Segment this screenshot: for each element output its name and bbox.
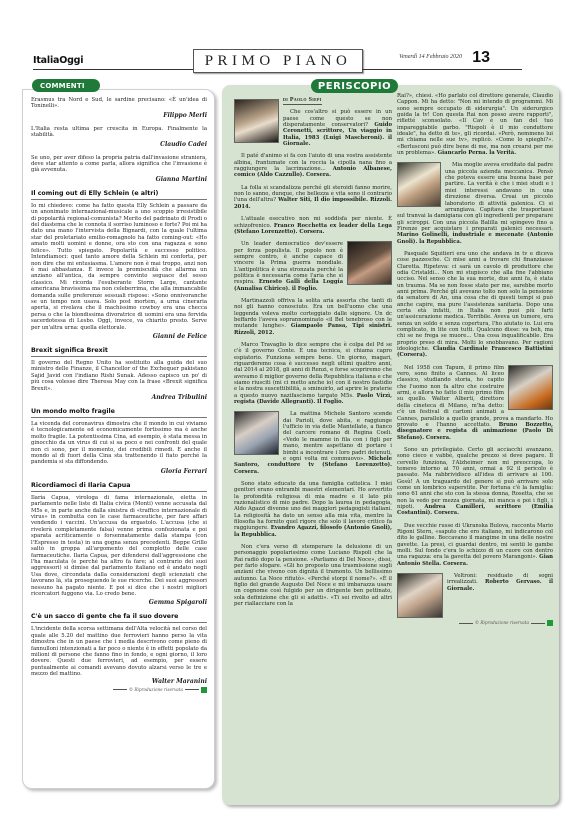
copyright-rule <box>531 623 545 624</box>
quote: Mia moglie aveva ereditato dal padre una… <box>397 162 553 244</box>
short-comment: Se uno, per aver difeso la propria patri… <box>31 155 207 183</box>
quote: Non c'era verso di stemperare la delusio… <box>234 544 392 607</box>
end-square-icon <box>201 687 207 693</box>
quote-source: Marino Golinelli, industriale e mecenate… <box>397 232 553 244</box>
commenti-label: COMMENTI <box>32 79 100 92</box>
letter-article: Brexit significa Brexit Il governo del R… <box>31 347 207 401</box>
portrait-photo-golinelli <box>397 162 441 207</box>
periscopio-column-2: Rai?», chiesi. «Ho parlato col direttore… <box>397 93 553 626</box>
short-comment: Erasmus tra Nord e Sud, le sardine preci… <box>31 97 207 119</box>
letter-title: C'è un sacco di gente che fa il suo dove… <box>31 613 207 623</box>
portrait-photo-bozzetto <box>508 365 553 410</box>
page-number: 13 <box>472 49 490 67</box>
periscopio-panel: di Paolo Siepi Che cos'altro si può esse… <box>222 85 559 805</box>
quote-source: Giancarlo Perna. la Verità. <box>438 150 516 156</box>
quote: Rai?», chiesi. «Ho parlato col direttore… <box>397 93 553 156</box>
comment-author: Gianna Martini <box>31 176 207 183</box>
quote: Marco Travaglio lo dice sempre che è col… <box>234 342 392 405</box>
section-title: PRIMO PIANO <box>193 49 363 73</box>
quote: Un leader democratico dev'essere per for… <box>234 241 392 292</box>
quote: Veltroni: residuato di sogni irrealizzat… <box>397 573 553 592</box>
letter-article: Un mondo molto fragile La vicenda del co… <box>31 408 207 475</box>
masthead: ItaliaOggi PRIMO PIANO Venerdì 14 Febbra… <box>33 49 490 71</box>
portrait-photo-ceronetti <box>234 99 279 143</box>
letter-title: Brexit significa Brexit <box>31 347 207 357</box>
comment-author: Claudio Cadei <box>31 141 207 148</box>
quote: La folla si scandalizza perché gli stero… <box>234 185 392 210</box>
quote-text: La mattina Michele Santoro scende dai Pa… <box>283 411 392 461</box>
short-comment: L'Italia resta ultima per crescita in Eu… <box>31 126 207 148</box>
letter-article: Ricordiamoci di Ilaria Capua Ilaria Capu… <box>31 482 207 607</box>
quote-text: Rai?», chiesi. «Ho parlato col direttore… <box>397 93 553 156</box>
copyright-rule <box>185 689 199 690</box>
quote: Pasquale Squitieri era uno che andava in… <box>397 251 553 359</box>
quote-text: Marco Travaglio lo dice sempre che è col… <box>234 342 392 399</box>
end-square-icon <box>547 620 553 626</box>
comment-author: Filippo Merli <box>31 112 207 119</box>
quote: Due vecchie russe di Ukranska Bulova, ra… <box>397 523 553 567</box>
letter-text: Il governo del Regno Unito ha sostituito… <box>31 360 207 392</box>
comment-text: L'Italia resta ultima per crescita in Eu… <box>31 126 207 139</box>
comment-text: Se uno, per aver difeso la propria patri… <box>31 155 207 174</box>
periscopio-label: PERISCOPIO <box>311 79 398 93</box>
letter-article: C'è un sacco di gente che fa il suo dove… <box>31 613 207 684</box>
masthead-rule-right <box>362 69 522 70</box>
letter-author: Gloria Ferrari <box>31 468 207 475</box>
quote-text: Non c'era verso di stemperare la delusio… <box>234 544 392 607</box>
copyright-rule <box>113 689 127 690</box>
letter-text: Io mi chiedevo: come ha fatto questa Ell… <box>31 203 207 331</box>
quote: Martinazzoli offriva la solita aria asso… <box>234 298 392 336</box>
letter-author: Gianni de Felice <box>31 333 207 340</box>
portrait-photo-galli-della-loggia <box>347 241 392 285</box>
comment-text: Erasmus tra Nord e Sud, le sardine preci… <box>31 97 207 110</box>
dateline: Venerdì 14 Febbraio 2020 <box>399 54 462 60</box>
letter-title: Ricordiamoci di Ilaria Capua <box>31 482 207 492</box>
letter-text: La vicenda del coronavirus dimostra che … <box>31 421 207 466</box>
portrait-photo-santoro <box>234 411 279 455</box>
portrait-photo-gervaso <box>397 573 443 618</box>
quote: Sono un privilegiato. Certo gli acciacch… <box>397 447 553 517</box>
quote: L'attuale esecutivo non mi soddisfa per … <box>234 216 392 235</box>
quote-text: Sono un privilegiato. Certo gli acciacch… <box>397 447 553 510</box>
copyright-notice: © Riproduzione riservata <box>397 620 553 626</box>
copyright-notice: © Riproduzione riservata <box>31 687 207 693</box>
letter-title: Il coming out di Elly Schlein (e altri) <box>31 190 207 200</box>
quote: Il paté d'animo si fa con l'aiuto di una… <box>234 153 392 178</box>
byline: di Paolo Siepi <box>283 97 322 105</box>
letter-author: Walter Maranini <box>31 678 207 685</box>
copyright-rule <box>459 623 473 624</box>
quote: Che cos'altro si può essere in un paese … <box>234 109 392 147</box>
masthead-rule-left <box>33 69 193 70</box>
copyright-text: © Riproduzione riservata <box>129 687 183 692</box>
copyright-text: © Riproduzione riservata <box>475 620 529 626</box>
letter-author: Gemma Spigaroli <box>31 599 207 606</box>
quote-text: Due vecchie russe di Ukranska Bulova, ra… <box>397 523 553 561</box>
quote: La mattina Michele Santoro scende dai Pa… <box>234 411 392 474</box>
letter-article: Il coming out di Elly Schlein (e altri) … <box>31 190 207 340</box>
periscopio-column-1: di Paolo Siepi Che cos'altro si può esse… <box>234 97 392 613</box>
letter-author: Andrea Tribulini <box>31 394 207 401</box>
letter-text: Ilaria Capua, virologa di fama internazi… <box>31 495 207 598</box>
quote-text: Sono stato educato da una famiglia catto… <box>234 481 392 531</box>
newspaper-logo: ItaliaOggi <box>33 55 83 66</box>
letter-title: Un mondo molto fragile <box>31 408 207 418</box>
quote: Sono stato educato da una famiglia catto… <box>234 481 392 538</box>
quote: Nel 1958 con Tapum, il primo film vero, … <box>397 365 553 441</box>
letter-text: L'incidente della scorsa settimana dell'… <box>31 626 207 677</box>
quote-text: Pasquale Squitieri era uno che andava in… <box>397 251 553 352</box>
commenti-panel: Erasmus tra Nord e Sud, le sardine preci… <box>22 89 215 789</box>
